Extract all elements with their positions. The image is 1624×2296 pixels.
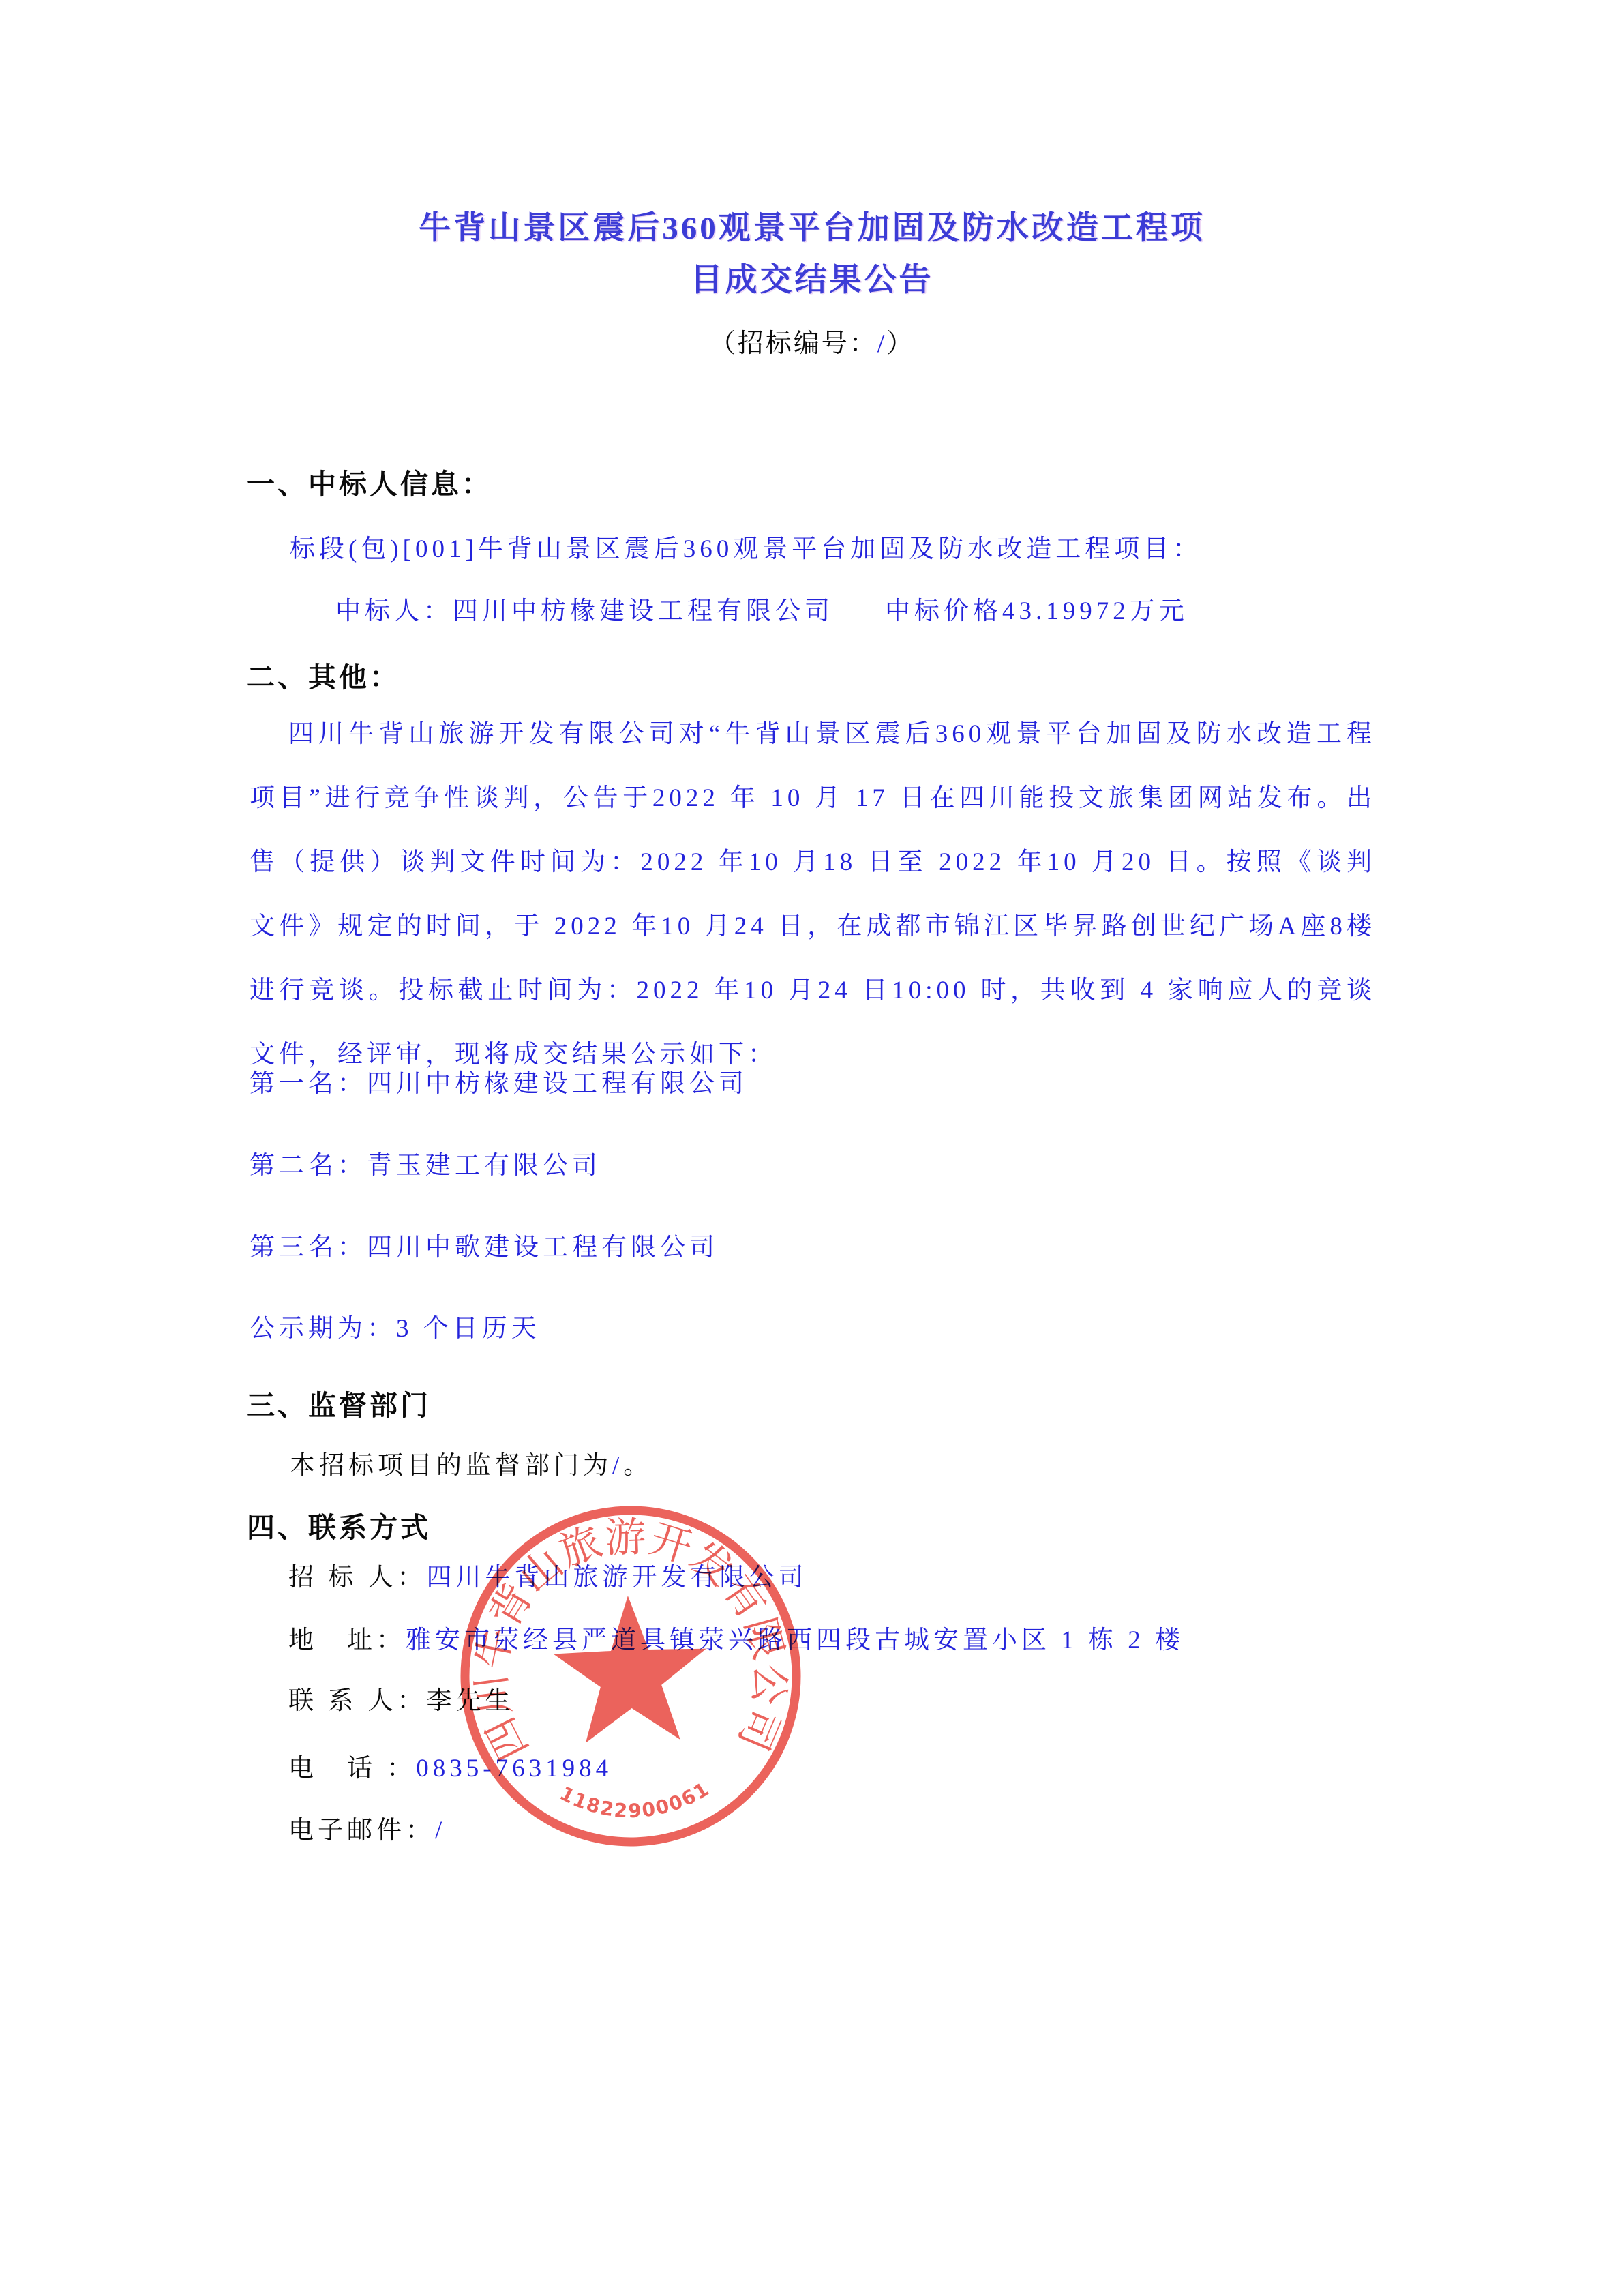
rank-line-1: 第一名：四川中枋椽建设工程有限公司 [250,1069,748,1100]
contact-label: 地 址： [288,1626,406,1654]
document-title: 牛背山景区震后360观景平台加固及防水改造工程项 目成交结果公告 [0,203,1624,306]
tender-number-prefix: （招标编号： [710,329,877,358]
section-heading-supervision: 三、监督部门 [247,1389,431,1422]
tender-number-line: （招标编号：/） [0,328,1624,359]
supervision-value: / [612,1452,623,1480]
document-title-line2: 目成交结果公告 [0,254,1624,306]
rank-line-3: 第三名：四川中歌建设工程有限公司 [250,1232,719,1264]
contact-label: 招 标 人： [288,1564,427,1592]
winner-line: 中标人：四川中枋椽建设工程有限公司中标价格43.19972万元 [335,596,1188,627]
contact-label: 联 系 人： [288,1687,427,1715]
contact-label: 电子邮件： [288,1817,435,1845]
winner-name: 中标人：四川中枋椽建设工程有限公司 [335,597,834,625]
contact-row-email: 电子邮件：/ [288,1815,446,1847]
section-heading-other: 二、其他： [247,661,400,694]
publicity-period-line: 公示期为：3 个日历天 [250,1313,541,1345]
company-seal: 四川牛背山旅游开发有限公司 5118229000615 [447,1493,814,1860]
rank-line-2: 第二名：青玉建工有限公司 [250,1150,601,1182]
tender-number-value: / [877,329,887,358]
supervision-suffix: 。 [623,1452,652,1480]
supervision-prefix: 本招标项目的监督部门为 [290,1452,612,1480]
document-title-line1: 牛背山景区震后360观景平台加固及防水改造工程项 [0,203,1624,254]
supervision-line: 本招标项目的监督部门为/。 [290,1450,652,1482]
contact-value: / [435,1817,446,1845]
section-heading-winner-info: 一、中标人信息： [247,468,492,501]
seal-star [552,1593,710,1744]
section-heading-contact: 四、联系方式 [247,1511,431,1544]
lot-line: 标段(包)[001]牛背山景区震后360观景平台加固及防水改造工程项目： [290,534,1202,565]
contact-label: 电 话 ： [288,1755,416,1783]
tender-number-suffix: ） [886,329,914,358]
announcement-document-page: 牛背山景区震后360观景平台加固及防水改造工程项 目成交结果公告 （招标编号：/… [0,0,1624,2296]
winner-price: 中标价格43.19972万元 [885,597,1188,625]
other-paragraph: 四川牛背山旅游开发有限公司对“牛背山景区震后360观景平台加固及防水改造工程项目… [250,702,1376,1087]
